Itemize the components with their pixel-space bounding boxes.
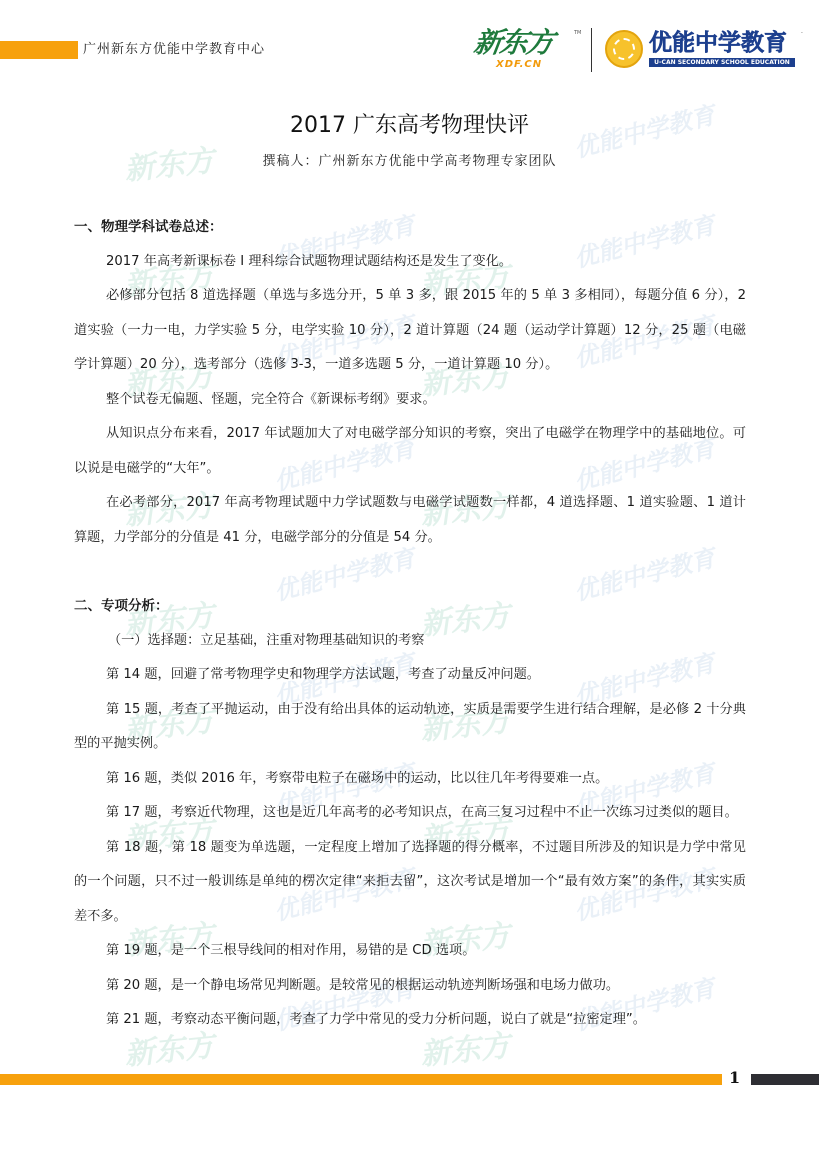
paragraph: 第 19 题，是一个三根导线间的相对作用，易错的是 CD 选项。 bbox=[74, 934, 746, 969]
paragraph: 整个试卷无偏题、怪题，完全符合《新课标考纲》要求。 bbox=[74, 383, 746, 418]
paragraph: 2017 年高考新课标卷 I 理科综合试题物理试题结构还是发生了变化。 bbox=[74, 245, 746, 280]
paragraph: 第 18 题，第 18 题变为单选题，一定程度上增加了选择题的得分概率，不过题目… bbox=[74, 831, 746, 935]
ucan-logo-en: U-CAN SECONDARY SCHOOL EDUCATION bbox=[649, 58, 795, 67]
paragraph: 第 17 题，考察近代物理，这也是近几年高考的必考知识点，在高三复习过程中不止一… bbox=[74, 796, 746, 831]
page-number: 1 bbox=[729, 1068, 740, 1087]
document-author: 撰稿人：广州新东方优能中学高考物理专家团队 bbox=[0, 150, 819, 169]
section-spacer bbox=[74, 555, 746, 589]
paragraph: 必修部分包括 8 道选择题（单选与多选分开，5 单 3 多，跟 2015 年的 … bbox=[74, 279, 746, 383]
section-heading: 一、物理学科试卷总述： bbox=[74, 210, 746, 245]
ucan-logo: 优能中学教育 U-CAN SECONDARY SCHOOL EDUCATION … bbox=[605, 30, 815, 72]
footer-accent-bar bbox=[0, 1074, 722, 1085]
document-title: 2017 广东高考物理快评 bbox=[0, 108, 819, 139]
ucan-badge-icon bbox=[605, 30, 643, 68]
xdf-logo: 新东方 XDF.CN TM bbox=[474, 28, 592, 76]
paragraph: 第 14 题，回避了常考物理学史和物理学方法试题，考查了动量反冲问题。 bbox=[74, 658, 746, 693]
paragraph: 第 21 题，考察动态平衡问题，考查了力学中常见的受力分析问题，说白了就是“拉密… bbox=[74, 1003, 746, 1038]
paragraph: 在必考部分，2017 年高考物理试题中力学试题数与电磁学试题数一样都，4 道选择… bbox=[74, 486, 746, 555]
ucan-logo-cn: 优能中学教育 bbox=[649, 30, 787, 56]
xdf-logo-tm: TM bbox=[574, 30, 581, 36]
section-heading: 二、专项分析： bbox=[74, 589, 746, 624]
paragraph: 第 15 题，考查了平抛运动，由于没有给出具体的运动轨迹，实质是需要学生进行结合… bbox=[74, 693, 746, 762]
header-accent-bar bbox=[0, 41, 78, 59]
paragraph: 从知识点分布来看，2017 年试题加大了对电磁学部分知识的考察，突出了电磁学在物… bbox=[74, 417, 746, 486]
logo-divider bbox=[591, 28, 592, 72]
paragraph: 第 16 题，类似 2016 年，考察带电粒子在磁场中的运动，比以往几年考得要难… bbox=[74, 762, 746, 797]
header-org-name: 广州新东方优能中学教育中心 bbox=[83, 40, 265, 60]
document-body: 一、物理学科试卷总述： 2017 年高考新课标卷 I 理科综合试题物理试题结构还… bbox=[74, 210, 746, 1038]
subsection-heading: （一）选择题：立足基础，注重对物理基础知识的考察 bbox=[74, 624, 746, 659]
paragraph: 第 20 题，是一个静电场常见判断题。是较常见的根据运动轨迹判断场强和电场力做功… bbox=[74, 969, 746, 1004]
xdf-logo-en: XDF.CN bbox=[496, 59, 542, 70]
footer-dark-bar bbox=[751, 1074, 819, 1085]
ucan-logo-mark: · bbox=[801, 30, 803, 37]
